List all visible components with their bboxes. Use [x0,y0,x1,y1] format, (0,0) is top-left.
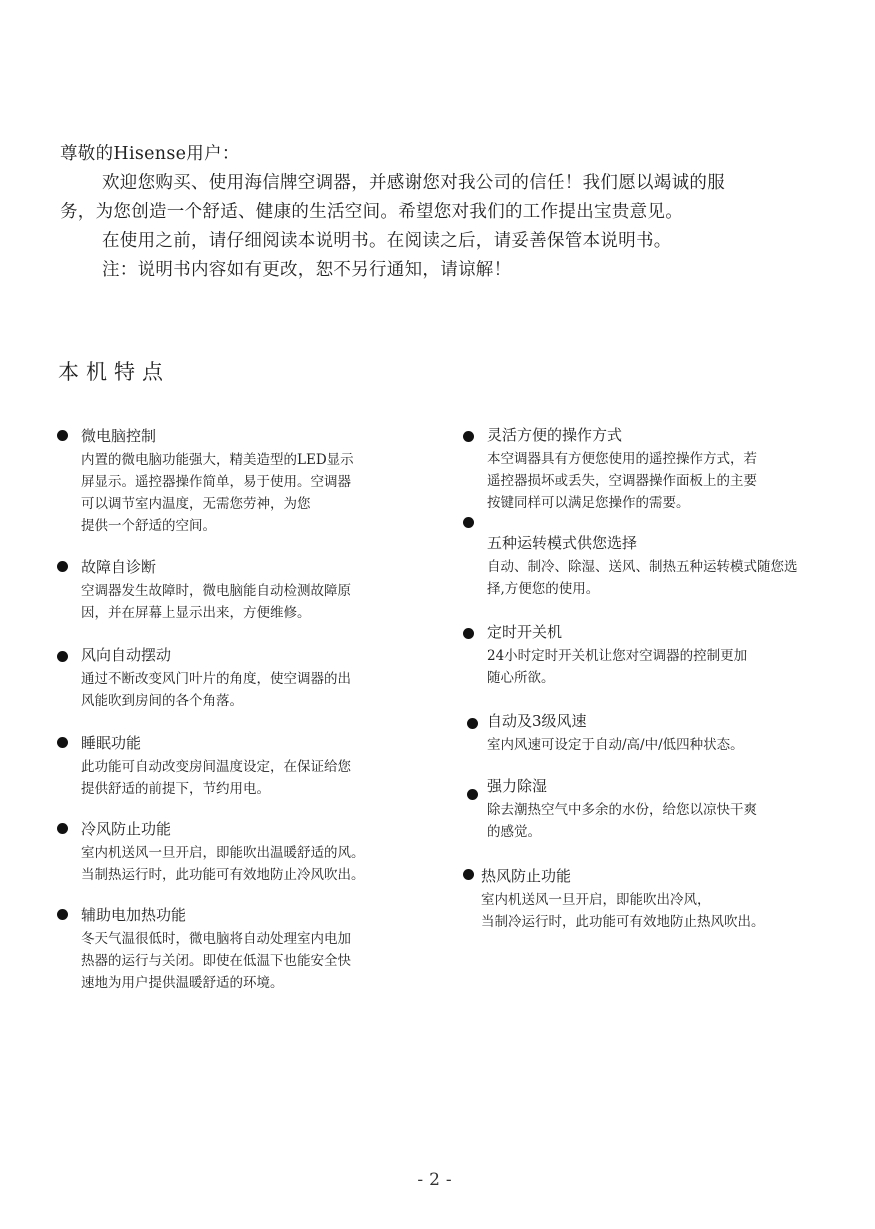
feature-description: 室内机送风一旦开启，即能吹出温暖舒适的风。 当制热运行时，此功能可有效地防止冷风… [81,842,441,886]
bullet-icon [57,651,68,662]
feature-title: 风向自动摆动 [81,645,171,665]
welcome-paragraph-continued: 务，为您创造一个舒适、健康的生活空间。希望您对我们的工作提出宝贵意见。 [60,198,820,227]
bullet-icon [463,517,474,528]
feature-title: 冷风防止功能 [81,819,171,839]
reading-instruction: 在使用之前，请仔细阅读本说明书。在阅读之后，请妥善保管本说明书。 [60,227,820,256]
feature-title: 故障自诊断 [81,557,156,577]
feature-description: 冬天气温很低时，微电脑将自动处理室内电加 热器的运行与关闭。即使在低温下也能安全… [81,928,441,994]
feature-description: 除去潮热空气中多余的水份，给您以凉快干爽 的感觉。 [487,799,847,843]
bullet-icon [57,430,68,441]
feature-description: 内置的微电脑功能强大，精美造型的LED显示 屏显示。遥控器操作简单，易于使用。空… [81,449,441,537]
greeting: 尊敬的Hisense用户： [60,140,820,169]
bullet-icon [57,737,68,748]
feature-description: 自动、制冷、除湿、送风、制热五种运转模式随您选 择,方便您的使用。 [487,556,847,600]
feature-description: 通过不断改变风门叶片的角度，使空调器的出 风能吹到房间的各个角落。 [81,668,441,712]
feature-description: 室内机送风一旦开启，即能吹出冷风， 当制冷运行时，此功能可有效地防止热风吹出。 [481,889,841,933]
intro-letter: 尊敬的Hisense用户： 欢迎您购买、使用海信牌空调器，并感谢您对我公司的信任… [60,140,820,285]
bullet-icon [57,823,68,834]
feature-title: 强力除湿 [487,776,547,796]
bullet-icon [463,869,474,880]
bullet-icon [467,789,478,800]
bullet-icon [463,628,474,639]
feature-description: 此功能可自动改变房间温度设定，在保证给您 提供舒适的前提下，节约用电。 [81,756,441,800]
welcome-paragraph: 欢迎您购买、使用海信牌空调器，并感谢您对我公司的信任！我们愿以竭诚的服 [60,169,820,198]
feature-description: 室内风速可设定于自动/高/中/低四种状态。 [487,734,847,756]
feature-title: 热风防止功能 [481,866,571,886]
bullet-icon [467,718,478,729]
page-number: -2- [0,1170,875,1190]
feature-title: 灵活方便的操作方式 [487,425,622,445]
feature-description: 本空调器具有方便您使用的遥控操作方式，若 遥控器损坏或丢失，空调器操作面板上的主… [487,448,847,514]
section-title: 本机特点 [58,356,170,386]
feature-title: 五种运转模式供您选择 [487,533,637,553]
feature-description: 空调器发生故障时，微电脑能自动检测故障原 因，并在屏幕上显示出来，方便维修。 [81,580,441,624]
feature-description: 24小时定时开关机让您对空调器的控制更加 随心所欲。 [487,645,847,689]
bullet-icon [57,561,68,572]
feature-title: 微电脑控制 [81,426,156,446]
feature-title: 定时开关机 [487,622,562,642]
bullet-icon [463,431,474,442]
change-notice: 注：说明书内容如有更改，恕不另行通知，请谅解！ [60,256,820,285]
feature-title: 自动及3级风速 [487,711,587,731]
feature-title: 睡眠功能 [81,733,141,753]
feature-title: 辅助电加热功能 [81,905,186,925]
bullet-icon [57,909,68,920]
